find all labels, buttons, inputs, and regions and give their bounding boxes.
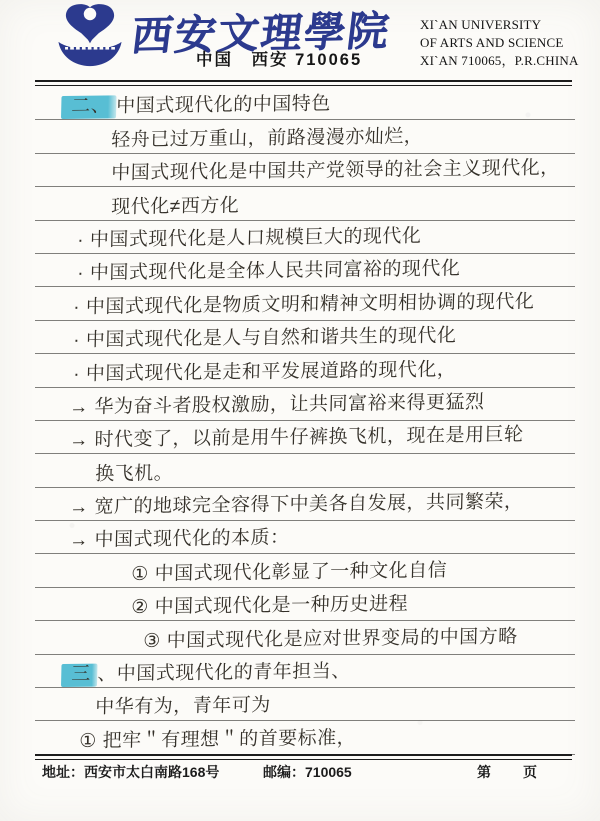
highlighter-mark: 三 [61, 664, 97, 687]
handwriting-text: 现代化≠西方化 [111, 195, 239, 220]
handwriting-line: 二、中国式现代化的中国特色 [35, 87, 575, 120]
university-name-english: XI`AN UNIVERSITY OF ARTS AND SCIENCE XI`… [420, 16, 596, 70]
handwriting-text: ① 把牢＂有理想＂的首要标准， [79, 727, 356, 753]
footer-page-prefix: 第 [477, 762, 491, 782]
handwriting-line: ③ 中国式现代化是应对世界变局的中国方略 [35, 621, 575, 654]
university-name-calligraphy: 西安文理學院 [130, 0, 422, 51]
handwriting-text: 中国式现代化的中国特色 [116, 94, 331, 120]
handwriting-text: · 中国式现代化是人与自然和谐共生的现代化 [73, 325, 457, 353]
english-line: XI`AN 710065，P.R.CHINA [420, 52, 596, 70]
highlighter-mark: 二、 [61, 96, 117, 120]
handwriting-text: ③ 中国式现代化是应对世界变局的中国方略 [143, 626, 518, 654]
english-line: OF ARTS AND SCIENCE [420, 34, 596, 52]
scanned-letterhead-page: 西安文理學院 中国 西安 710065 XI`AN UNIVERSITY OF … [0, 0, 600, 821]
handwriting-line: · 中国式现代化是人口规模巨大的现代化 [35, 221, 575, 254]
handwriting-text: 中华有为，青年可为 [95, 695, 271, 720]
handwriting-text: → 中国式现代化的本质： [69, 528, 290, 554]
handwriting-text: → 华为奋斗者股权激励，让共同富裕来得更猛烈 [69, 392, 485, 420]
handwriting-line: → 宽广的地球完全容得下中美各自发展，共同繁荣， [35, 488, 575, 521]
footer-page-suffix: 页 [523, 762, 537, 782]
handwriting-text: 、中国式现代化的青年担当、 [97, 661, 351, 687]
handwriting-line: ① 把牢＂有理想＂的首要标准， [35, 721, 575, 754]
handwriting-line: 三、中国式现代化的青年担当、 [35, 655, 575, 688]
handwriting-line: · 中国式现代化是人与自然和谐共生的现代化 [35, 321, 575, 354]
handwriting-text: · 中国式现代化是走和平发展道路的现代化， [73, 359, 457, 387]
handwriting-line: → 中国式现代化的本质： [35, 521, 575, 554]
handwriting-line: 现代化≠西方化 [35, 187, 575, 220]
handwriting-text: 轻舟已过万重山，前路漫漫亦灿烂， [111, 126, 424, 153]
handwriting-text: · 中国式现代化是全体人民共同富裕的现代化 [77, 259, 461, 287]
footer-address: 地址：西安市太白南路168号 [42, 762, 219, 782]
handwriting-text: · 中国式现代化是物质文明和精神文明相协调的现代化 [73, 291, 535, 320]
location-line: 中国 西安 710065 [196, 46, 416, 70]
header-divider-rule [35, 80, 572, 86]
handwriting-line: ① 中国式现代化彰显了一种文化自信 [35, 554, 575, 587]
letterhead-footer: 地址：西安市太白南路168号 邮编：710065 第 页 [0, 762, 600, 784]
handwriting-line: → 时代变了，以前是用牛仔裤换飞机，现在是用巨轮 [35, 421, 575, 454]
handwriting-text: → 时代变了，以前是用牛仔裤换飞机，现在是用巨轮 [69, 425, 524, 454]
handwriting-line: · 中国式现代化是走和平发展道路的现代化， [35, 354, 575, 387]
handwriting-text: 中国式现代化是中国共产党领导的社会主义现代化， [111, 158, 560, 186]
handwriting-line: → 华为奋斗者股权激励，让共同富裕来得更猛烈 [35, 388, 575, 421]
handwriting-line: 中华有为，青年可为 [35, 688, 575, 721]
letterhead-header: 西安文理學院 中国 西安 710065 XI`AN UNIVERSITY OF … [0, 0, 600, 80]
english-line: XI`AN UNIVERSITY [420, 16, 596, 34]
footer-postcode: 邮编：710065 [263, 762, 352, 782]
handwriting-text: · 中国式现代化是人口规模巨大的现代化 [77, 226, 422, 253]
handwriting-line: 中国式现代化是中国共产党领导的社会主义现代化， [35, 154, 575, 187]
university-emblem-logo [52, 3, 128, 69]
handwriting-text: ② 中国式现代化是一种历史进程 [131, 594, 408, 620]
handwriting-line: 轻舟已过万重山，前路漫漫亦灿烂， [35, 120, 575, 153]
handwriting-area: 二、中国式现代化的中国特色轻舟已过万重山，前路漫漫亦灿烂，中国式现代化是中国共产… [0, 87, 600, 755]
handwriting-text: 换飞机。 [95, 463, 174, 487]
handwriting-text: ① 中国式现代化彰显了一种文化自信 [131, 560, 447, 587]
handwriting-text: → 宽广的地球完全容得下中美各自发展，共同繁荣， [69, 492, 524, 521]
footer-divider-rule [35, 754, 572, 760]
handwriting-line: 换飞机。 [35, 454, 575, 487]
handwriting-line: · 中国式现代化是全体人民共同富裕的现代化 [35, 254, 575, 287]
handwriting-line: ② 中国式现代化是一种历史进程 [35, 588, 575, 621]
handwriting-line: · 中国式现代化是物质文明和精神文明相协调的现代化 [35, 287, 575, 320]
